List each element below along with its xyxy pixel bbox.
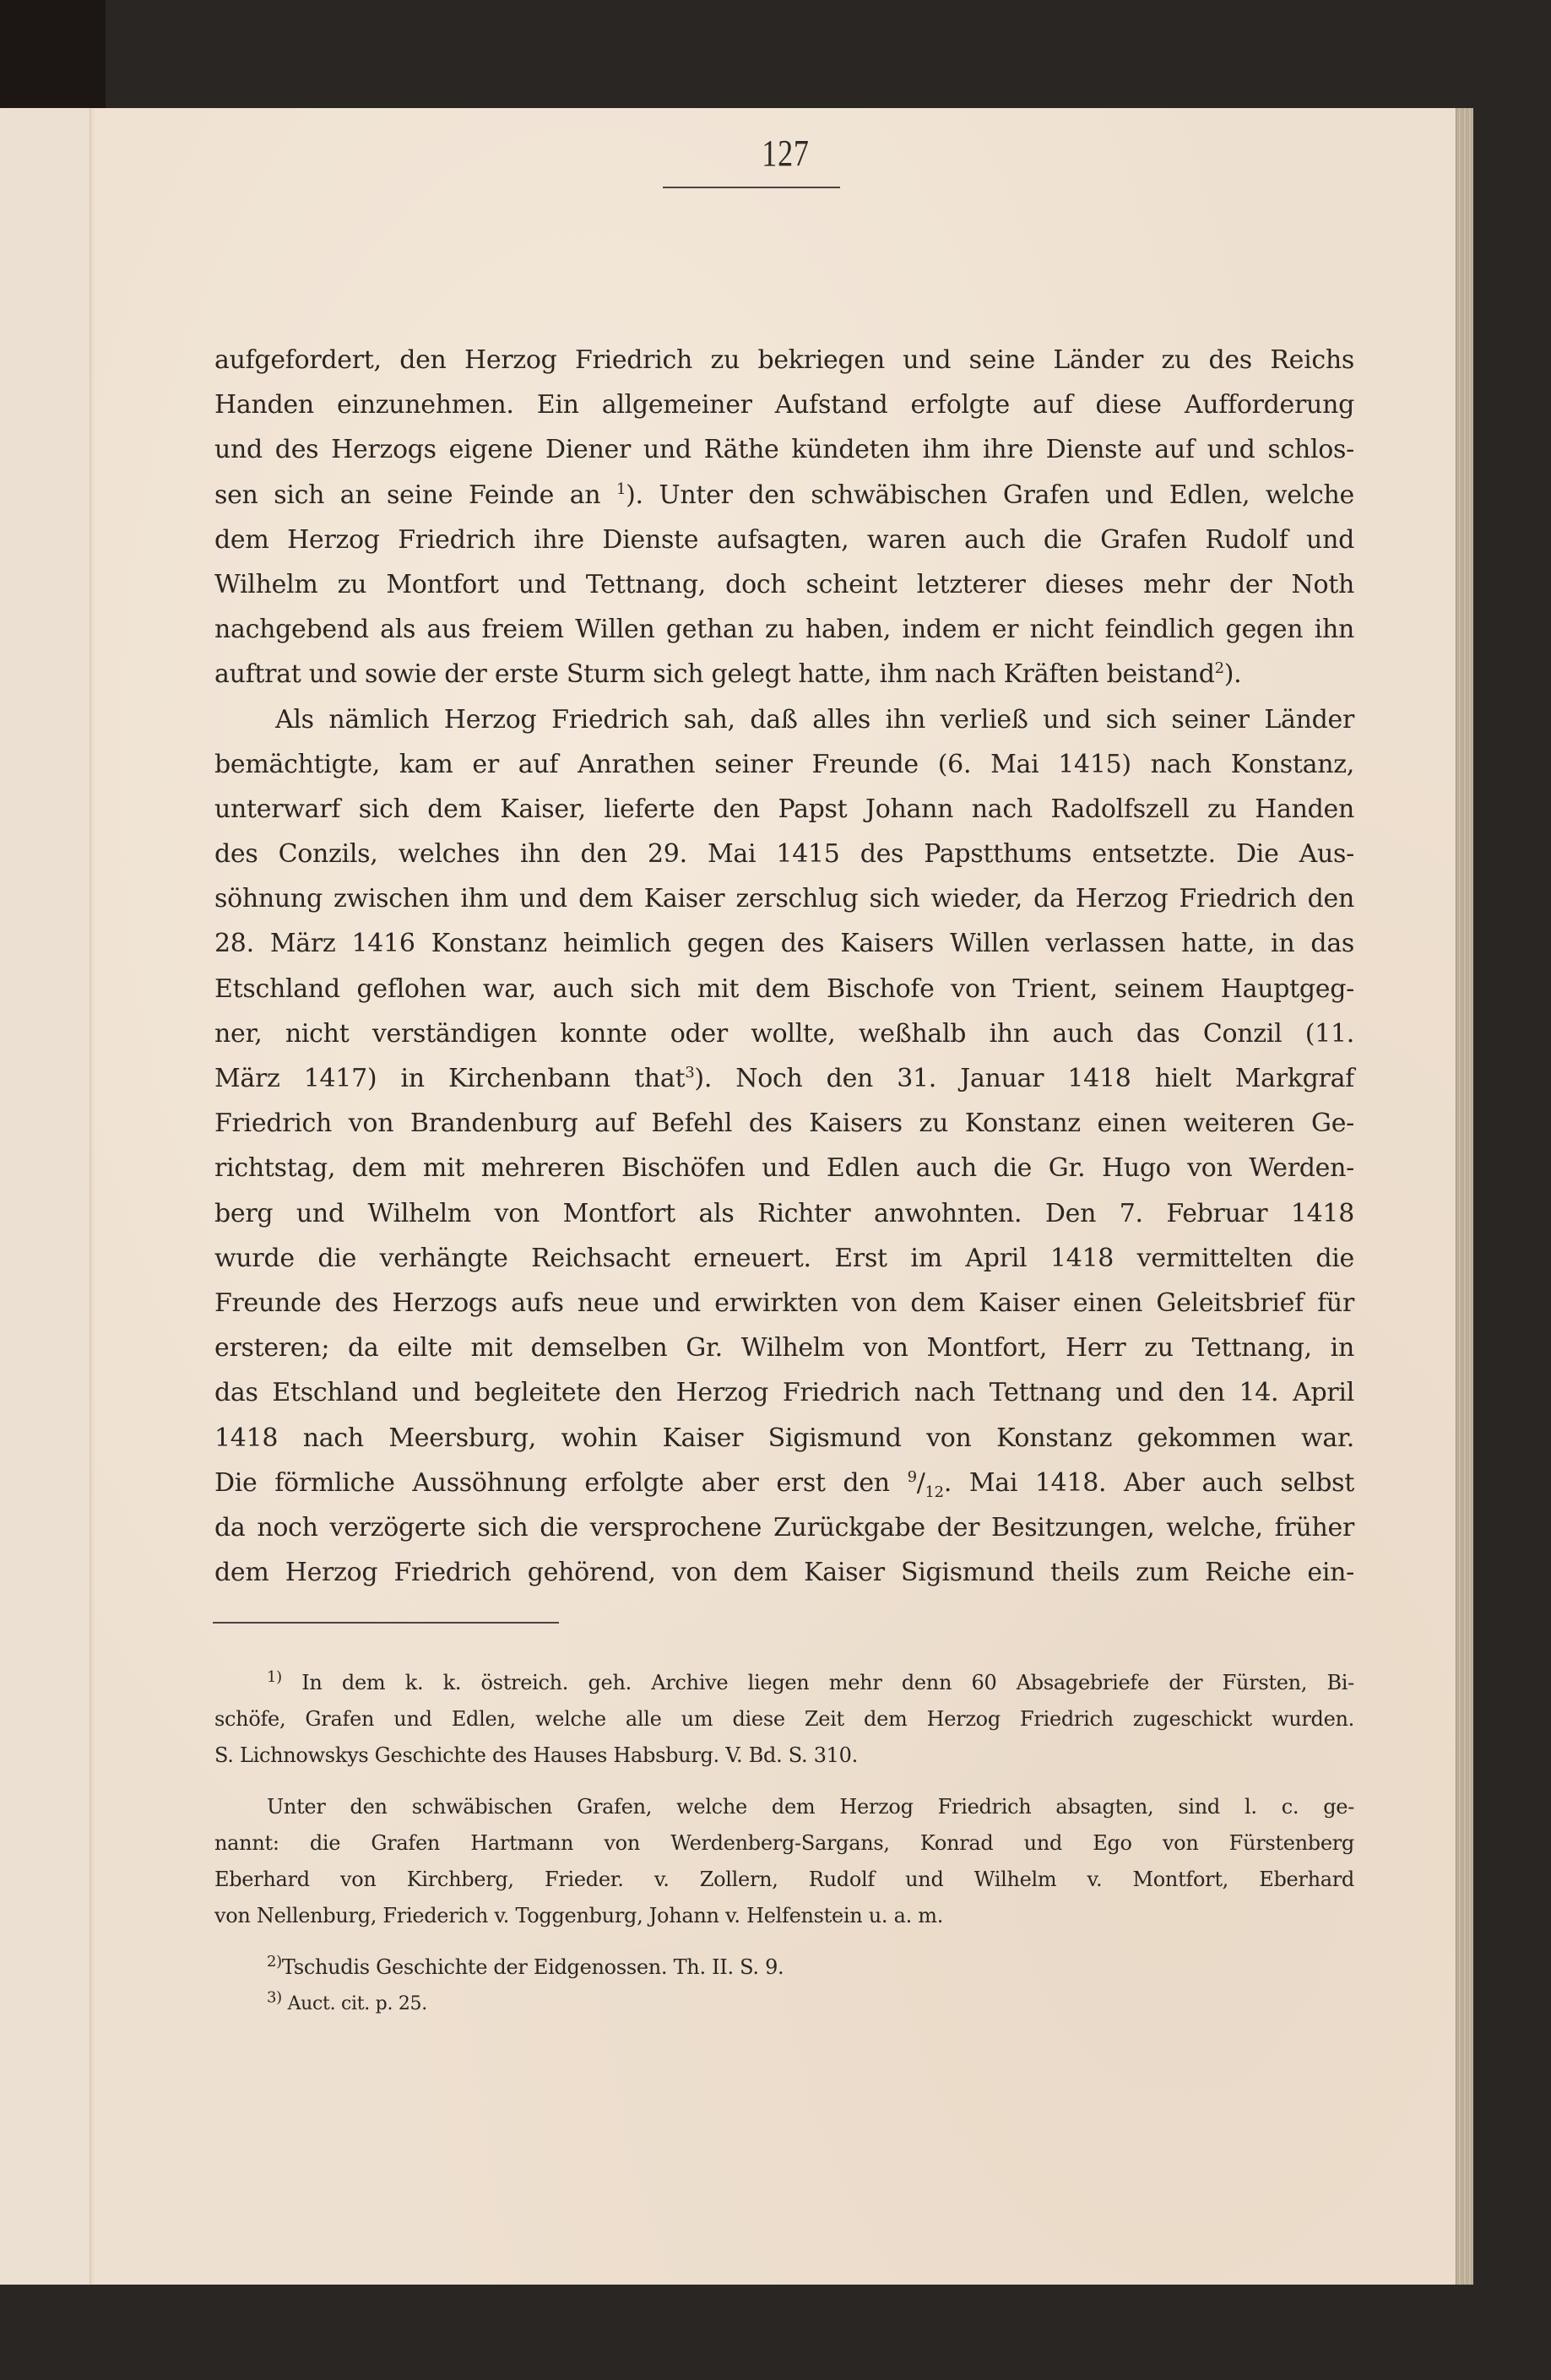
- fraction-numerator: 9: [908, 1468, 917, 1486]
- text-line: richtstag, dem mit mehreren Bischöfen un…: [214, 1146, 1354, 1190]
- footnote-ref-2[interactable]: 2: [1215, 659, 1224, 677]
- footnote-line: nannt: die Grafen Hartmann von Werdenber…: [214, 1825, 1354, 1862]
- scan-background: [0, 0, 106, 110]
- footnote-line: von Nellenburg, Friederich v. Toggenburg…: [214, 1898, 1354, 1934]
- text-line: wurde die verhängte Reichsacht erneuert.…: [214, 1236, 1354, 1281]
- fraction-denominator: 12: [925, 1483, 944, 1501]
- footnotes: 1) In dem k. k. östreich. geh. Archive l…: [214, 1665, 1354, 2022]
- header-rule: [663, 187, 840, 188]
- text-line: dem Herzog Friedrich gehörend, von dem K…: [214, 1550, 1354, 1595]
- text-line: ersteren; da eilte mit demselben Gr. Wil…: [214, 1326, 1354, 1370]
- footnote-marker: 1): [267, 1668, 282, 1686]
- footnote-1: 1) In dem k. k. östreich. geh. Archive l…: [214, 1665, 1354, 1774]
- page-edges: [1456, 108, 1473, 2285]
- text-line: nachgebend als aus freiem Willen gethan …: [214, 607, 1354, 652]
- text-line: März 1417) in Kirchenbann that3). Noch d…: [214, 1056, 1354, 1101]
- text-line: auftrat und sowie der erste Sturm sich g…: [214, 652, 1354, 697]
- text-line: aufgefordert, den Herzog Friedrich zu be…: [214, 338, 1354, 382]
- text-line: Die förmliche Aussöhnung erfolgte aber e…: [214, 1461, 1354, 1505]
- footnote-line: Eberhard von Kirchberg, Frieder. v. Zoll…: [214, 1862, 1354, 1898]
- text-line: Freunde des Herzogs aufs neue und erwirk…: [214, 1281, 1354, 1326]
- text-line: Friedrich von Brandenburg auf Befehl des…: [214, 1101, 1354, 1146]
- text-line: da noch verzögerte sich die versprochene…: [214, 1505, 1354, 1550]
- text-line: sen sich an seine Feinde an 1). Unter de…: [214, 473, 1354, 518]
- footnote-1-continued: Unter den schwäbischen Grafen, welche de…: [214, 1789, 1354, 1934]
- footnote-line: 3) Auct. cit. p. 25.: [214, 1986, 1354, 2022]
- text-line: Handen einzunehmen. Ein allgemeiner Aufs…: [214, 382, 1354, 427]
- text-line: des Conzils, welches ihn den 29. Mai 141…: [214, 832, 1354, 876]
- page-number: 127: [762, 135, 810, 172]
- footnote-rule: [213, 1622, 559, 1624]
- footnote-3: 3) Auct. cit. p. 25.: [214, 1986, 1354, 2022]
- text-line: dem Herzog Friedrich ihre Dienste aufsag…: [214, 518, 1354, 562]
- footnote-marker: 3): [267, 1989, 282, 2007]
- footnote-line: 2)Tschudis Geschichte der Eidgenossen. T…: [214, 1949, 1354, 1986]
- footnote-line: 1) In dem k. k. östreich. geh. Archive l…: [214, 1665, 1354, 1701]
- page-fold: [0, 108, 90, 2285]
- spacer: [214, 1774, 1354, 1789]
- text-line: Wilhelm zu Montfort und Tettnang, doch s…: [214, 562, 1354, 607]
- footnote-ref-3[interactable]: 3: [685, 1064, 694, 1082]
- page-header: 127: [722, 135, 849, 172]
- text-line: söhnung zwischen ihm und dem Kaiser zers…: [214, 876, 1354, 921]
- text-line: bemächtigte, kam er auf Anrathen seiner …: [214, 742, 1354, 787]
- main-text: aufgefordert, den Herzog Friedrich zu be…: [214, 338, 1354, 1595]
- text-line: berg und Wilhelm von Montfort als Richte…: [214, 1191, 1354, 1236]
- text-line: 1418 nach Meersburg, wohin Kaiser Sigism…: [214, 1416, 1354, 1461]
- text-line: und des Herzogs eigene Diener und Räthe …: [214, 427, 1354, 472]
- spacer: [214, 1934, 1354, 1949]
- footnote-line: Unter den schwäbischen Grafen, welche de…: [214, 1789, 1354, 1825]
- footnote-ref-1[interactable]: 1: [616, 480, 626, 498]
- text-line: das Etschland und begleitete den Herzog …: [214, 1370, 1354, 1415]
- text-line: Als nämlich Herzog Friedrich sah, daß al…: [214, 697, 1354, 742]
- footnote-2: 2)Tschudis Geschichte der Eidgenossen. T…: [214, 1949, 1354, 1986]
- text-line: ner, nicht verständigen konnte oder woll…: [214, 1011, 1354, 1056]
- footnote-line: S. Lichnowskys Geschichte des Hauses Hab…: [214, 1738, 1354, 1774]
- footnote-line: schöfe, Grafen und Edlen, welche alle um…: [214, 1701, 1354, 1738]
- text-line: Etschland geflohen war, auch sich mit de…: [214, 967, 1354, 1011]
- footnote-marker: 2): [267, 1953, 282, 1971]
- text-line: 28. März 1416 Konstanz heimlich gegen de…: [214, 921, 1354, 966]
- text-line: unterwarf sich dem Kaiser, lieferte den …: [214, 787, 1354, 832]
